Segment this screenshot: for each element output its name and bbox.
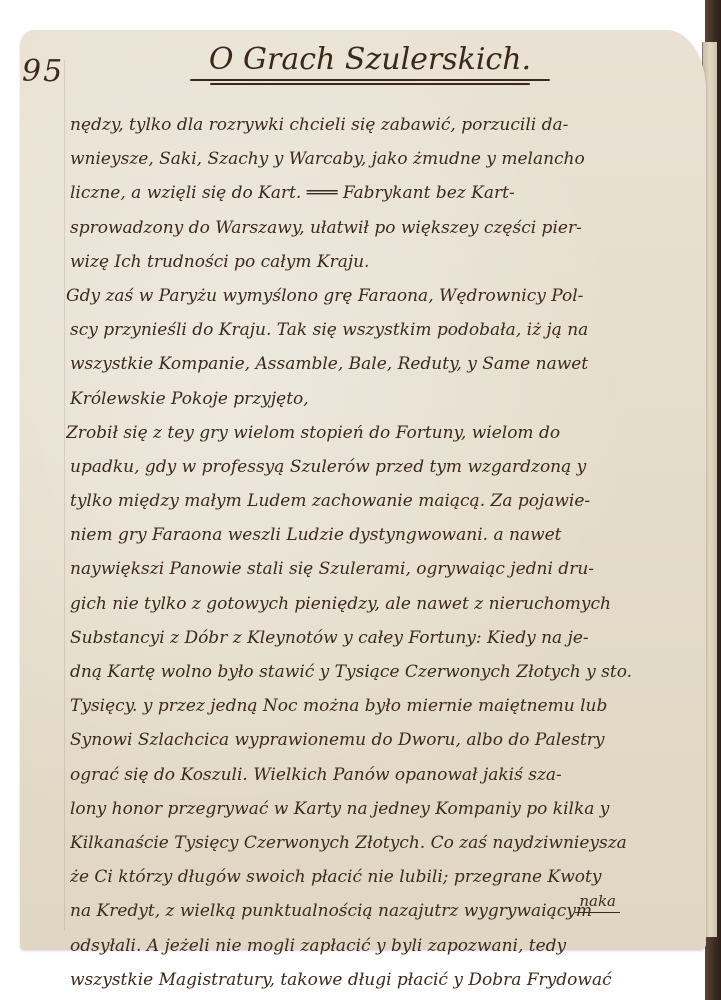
text-line: Królewskie Pokoje przyjęto, bbox=[70, 382, 680, 416]
text-line: wizę Ich trudności po całym Kraju. bbox=[70, 245, 680, 279]
text-line: że Ci którzy długów swoich płacić nie lu… bbox=[70, 860, 680, 894]
text-line: sprowadzony do Warszawy, ułatwił po więk… bbox=[70, 211, 680, 245]
text-line: dną Kartę wolno było stawić y Tysiące Cz… bbox=[70, 655, 680, 689]
text-line: odsyłali. A jeżeli nie mogli zapłacić y … bbox=[70, 929, 680, 963]
text-line: tylko między małym Ludem zachowanie maią… bbox=[70, 484, 680, 518]
text-line: Zrobił się z tey gry wielom stopień do F… bbox=[66, 416, 680, 450]
text-line: Kilkanaście Tysięcy Czerwonych Złotych. … bbox=[70, 826, 680, 860]
text-line: lony honor przegrywać w Karty na jedney … bbox=[70, 792, 680, 826]
manuscript-page: 95 O Grach Szulerskich. nędzy, tylko dla… bbox=[20, 30, 706, 950]
text-line: niem gry Faraona weszli Ludzie dystyngwo… bbox=[70, 518, 680, 552]
text-line: nędzy, tylko dla rozrywki chcieli się za… bbox=[70, 108, 680, 142]
text-line: upadku, gdy w professyą Szulerów przed t… bbox=[70, 450, 680, 484]
page-title: O Grach Szulerskich. bbox=[170, 42, 570, 77]
text-line: naywiększi Panowie stali się Szulerami, … bbox=[70, 552, 680, 586]
title-underline-second bbox=[210, 83, 530, 85]
text-line: ograć się do Koszuli. Wielkich Panów opa… bbox=[70, 758, 680, 792]
text-line: Tysięcy. y przez jedną Noc można było mi… bbox=[70, 689, 680, 723]
text-line: Substancyi z Dóbr z Kleynotów y całey Fo… bbox=[70, 621, 680, 655]
text-line: scy przynieśli do Kraju. Tak się wszystk… bbox=[70, 313, 680, 347]
manuscript-text: nędzy, tylko dla rozrywki chcieli się za… bbox=[70, 108, 680, 997]
text-line: wszystkie Kompanie, Assamble, Bale, Redu… bbox=[70, 347, 680, 381]
page-heading: O Grach Szulerskich. bbox=[170, 42, 570, 85]
text-line: wnieysze, Saki, Szachy y Warcaby, jako ż… bbox=[70, 142, 680, 176]
text-line: Synowi Szlachcica wyprawionemu do Dworu,… bbox=[70, 723, 680, 757]
text-line: wszystkie Magistratury, takowe długi pła… bbox=[70, 963, 680, 997]
page-number: 95 bbox=[22, 54, 64, 89]
text-line: Gdy zaś w Paryżu wymyślono grę Faraona, … bbox=[66, 279, 680, 313]
catchword: naka bbox=[575, 892, 620, 913]
title-underline bbox=[190, 79, 550, 81]
text-line: gich nie tylko z gotowych pieniędzy, ale… bbox=[70, 587, 680, 621]
text-line: liczne, a wzięli się do Kart. ═══ Fabryk… bbox=[70, 176, 680, 210]
margin-rule bbox=[64, 60, 65, 930]
